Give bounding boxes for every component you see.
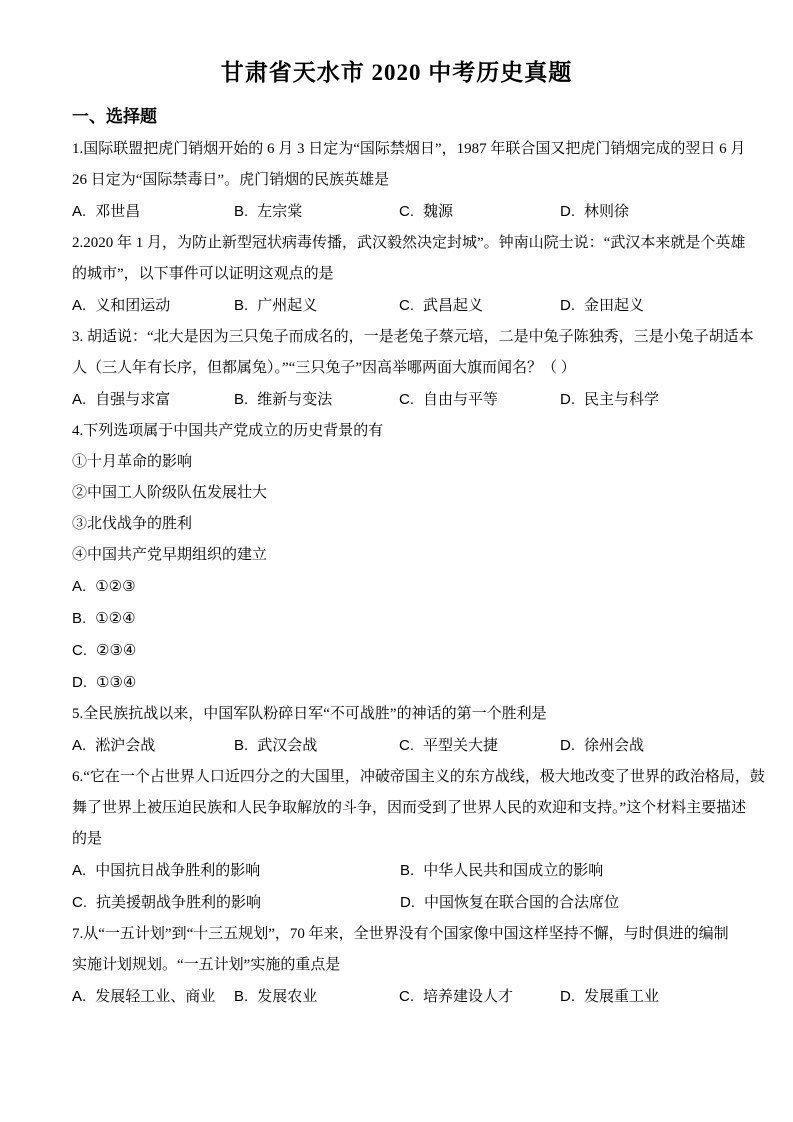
question-7-text-line-2: 实施计划规划。“一五计划”实施的重点是 [72, 950, 721, 981]
question-4: 4.下列选项属于中国共产党成立的历史背景的有 ①十月革命的影响 ②中国工人阶级队… [72, 416, 721, 699]
option-text: 魏源 [423, 204, 453, 220]
question-6-text-line-3: 的是 [72, 824, 721, 855]
option-label: C. [72, 887, 87, 918]
question-3-text-line-2: 人（三人年有长序，但都属兔）。”“三只兔子”因高举哪两面大旗而闻名？（ ） [72, 353, 721, 384]
question-3-option-b: B.维新与变法 [234, 384, 399, 416]
option-label: A. [72, 855, 86, 886]
option-label: B. [234, 196, 248, 227]
question-4-item-1: ①十月革命的影响 [72, 447, 721, 478]
question-6-option-a: A.中国抗日战争胜利的影响 [72, 855, 400, 887]
question-6-text-line-1: 6.“它在一个占世界人口近四分之的大国里，冲破帝国主义的东方战线，极大地改变了世… [72, 762, 721, 793]
question-5: 5.全民族抗战以来，中国军队粉碎日军“不可战胜”的神话的第一个胜利是 A.淞沪会… [72, 699, 721, 762]
option-label: D. [560, 981, 575, 1012]
question-5-options-row: A.淞沪会战 B.武汉会战 C.平型关大捷 D.徐州会战 [72, 730, 721, 762]
question-6-options-row-2: C.抗美援朝战争胜利的影响 D.中国恢复在联合国的合法席位 [72, 887, 721, 919]
question-7-text-line-1: 7.从“一五计划”到“十三五规划”，70 年来，全世界没有个国家像中国这样坚持不… [72, 919, 721, 950]
question-1-text-line-1: 1.国际联盟把虎门销烟开始的 6 月 3 日定为“国际禁烟日”，1987 年联合… [72, 134, 721, 165]
question-7-options-row: A.发展轻工业、商业 B.发展农业 C.培养建设人才 D.发展重工业 [72, 981, 721, 1013]
question-7-option-b: B.发展农业 [234, 981, 399, 1013]
question-2-option-c: C.武昌起义 [399, 290, 560, 322]
question-7-option-c: C.培养建设人才 [399, 981, 560, 1013]
option-text: 广州起义 [257, 298, 317, 314]
question-4-item-4: ④中国共产党早期组织的建立 [72, 540, 721, 571]
question-3-option-d: D.民主与科学 [560, 384, 721, 416]
question-3-option-c: C.自由与平等 [399, 384, 560, 416]
option-label: B. [234, 290, 248, 321]
question-5-option-d: D.徐州会战 [560, 730, 721, 762]
option-text: 武昌起义 [423, 298, 483, 314]
option-text: 金田起义 [584, 298, 644, 314]
option-label: B. [234, 384, 248, 415]
question-4-option-a: A.①②③ [72, 571, 721, 603]
question-5-option-b: B.武汉会战 [234, 730, 399, 762]
option-label: A. [72, 730, 86, 761]
question-6-text-line-2: 舞了世界上被压迫民族和人民争取解放的斗争，因而受到了世界人民的欢迎和支持。”这个… [72, 793, 721, 824]
question-4-option-c: C.②③④ [72, 635, 721, 667]
option-text: 中华人民共和国成立的影响 [423, 863, 603, 879]
option-label: C. [399, 290, 414, 321]
option-text: ②③④ [96, 643, 136, 659]
option-label: A. [72, 384, 86, 415]
option-text: 武汉会战 [257, 738, 317, 754]
option-label: D. [560, 196, 575, 227]
question-2-option-b: B.广州起义 [234, 290, 399, 322]
option-label: C. [399, 384, 414, 415]
option-label: A. [72, 571, 86, 602]
option-text: 发展轻工业、商业 [95, 989, 215, 1005]
option-label: D. [560, 730, 575, 761]
question-2-options-row: A.义和团运动 B.广州起义 C.武昌起义 D.金田起义 [72, 290, 721, 322]
page-title: 甘肃省天水市 2020 中考历史真题 [72, 58, 721, 88]
option-text: 民主与科学 [584, 392, 659, 408]
option-text: 自强与求富 [95, 392, 170, 408]
option-text: 义和团运动 [95, 298, 170, 314]
question-3-option-a: A.自强与求富 [72, 384, 234, 416]
option-label: C. [399, 981, 414, 1012]
question-2-text-line-2: 的城市”，以下事件可以证明这观点的是 [72, 259, 721, 290]
question-1-text-line-2: 26 日定为“国际禁毒日”。虎门销烟的民族英雄是 [72, 165, 721, 196]
option-label: B. [234, 981, 248, 1012]
question-5-option-a: A.淞沪会战 [72, 730, 234, 762]
question-1-option-b: B.左宗棠 [234, 196, 399, 228]
question-4-option-b: B.①②④ [72, 603, 721, 635]
question-4-item-2: ②中国工人阶级队伍发展壮大 [72, 478, 721, 509]
option-label: C. [399, 196, 414, 227]
question-1-option-d: D.林则徐 [560, 196, 721, 228]
option-text: 维新与变法 [257, 392, 332, 408]
option-text: 淞沪会战 [95, 738, 155, 754]
question-7: 7.从“一五计划”到“十三五规划”，70 年来，全世界没有个国家像中国这样坚持不… [72, 919, 721, 1013]
question-2: 2.2020 年 1 月，为防止新型冠状病毒传播，武汉毅然决定封城”。钟南山院士… [72, 228, 721, 322]
question-3: 3. 胡适说：“北大是因为三只兔子而成名的，一是老兔子蔡元培，二是中兔子陈独秀，… [72, 322, 721, 416]
question-1-option-a: A.邓世昌 [72, 196, 234, 228]
option-label: B. [234, 730, 248, 761]
option-text: ①③④ [96, 675, 136, 691]
option-text: ①②③ [95, 579, 135, 595]
option-text: 平型关大捷 [423, 738, 498, 754]
option-text: ①②④ [95, 611, 135, 627]
option-label: B. [72, 603, 86, 634]
option-text: 中国恢复在联合国的合法席位 [424, 895, 619, 911]
question-3-options-row: A.自强与求富 B.维新与变法 C.自由与平等 D.民主与科学 [72, 384, 721, 416]
option-label: A. [72, 981, 86, 1012]
document-body: 1.国际联盟把虎门销烟开始的 6 月 3 日定为“国际禁烟日”，1987 年联合… [72, 134, 721, 1013]
question-6-option-d: D.中国恢复在联合国的合法席位 [400, 887, 721, 919]
option-text: 发展重工业 [584, 989, 659, 1005]
option-text: 培养建设人才 [423, 989, 513, 1005]
option-label: D. [560, 384, 575, 415]
option-label: D. [400, 887, 415, 918]
question-4-text-line-1: 4.下列选项属于中国共产党成立的历史背景的有 [72, 416, 721, 447]
question-6-option-b: B.中华人民共和国成立的影响 [400, 855, 721, 887]
option-label: C. [399, 730, 414, 761]
option-label: D. [72, 667, 87, 698]
question-1-option-c: C.魏源 [399, 196, 560, 228]
option-label: C. [72, 635, 87, 666]
option-text: 林则徐 [584, 204, 629, 220]
option-label: A. [72, 290, 86, 321]
question-7-option-d: D.发展重工业 [560, 981, 721, 1013]
option-text: 左宗棠 [257, 204, 302, 220]
question-4-option-d: D.①③④ [72, 667, 721, 699]
option-label: B. [400, 855, 414, 886]
option-text: 邓世昌 [95, 204, 140, 220]
question-7-option-a: A.发展轻工业、商业 [72, 981, 234, 1013]
question-5-option-c: C.平型关大捷 [399, 730, 560, 762]
question-2-option-a: A.义和团运动 [72, 290, 234, 322]
question-2-text-line-1: 2.2020 年 1 月，为防止新型冠状病毒传播，武汉毅然决定封城”。钟南山院士… [72, 228, 721, 259]
option-label: A. [72, 196, 86, 227]
question-4-item-3: ③北伐战争的胜利 [72, 509, 721, 540]
option-text: 抗美援朝战争胜利的影响 [96, 895, 261, 911]
question-3-text-line-1: 3. 胡适说：“北大是因为三只兔子而成名的，一是老兔子蔡元培，二是中兔子陈独秀，… [72, 322, 721, 353]
option-text: 中国抗日战争胜利的影响 [95, 863, 260, 879]
question-5-text-line-1: 5.全民族抗战以来，中国军队粉碎日军“不可战胜”的神话的第一个胜利是 [72, 699, 721, 730]
question-1-options-row: A.邓世昌 B.左宗棠 C.魏源 D.林则徐 [72, 196, 721, 228]
section-heading: 一、选择题 [72, 104, 721, 130]
question-6-options-row-1: A.中国抗日战争胜利的影响 B.中华人民共和国成立的影响 [72, 855, 721, 887]
option-text: 发展农业 [257, 989, 317, 1005]
option-text: 徐州会战 [584, 738, 644, 754]
question-2-option-d: D.金田起义 [560, 290, 721, 322]
question-6-option-c: C.抗美援朝战争胜利的影响 [72, 887, 400, 919]
question-1: 1.国际联盟把虎门销烟开始的 6 月 3 日定为“国际禁烟日”，1987 年联合… [72, 134, 721, 228]
exam-document-page: 甘肃省天水市 2020 中考历史真题 一、选择题 1.国际联盟把虎门销烟开始的 … [0, 0, 793, 1122]
option-text: 自由与平等 [423, 392, 498, 408]
question-6: 6.“它在一个占世界人口近四分之的大国里，冲破帝国主义的东方战线，极大地改变了世… [72, 762, 721, 919]
option-label: D. [560, 290, 575, 321]
